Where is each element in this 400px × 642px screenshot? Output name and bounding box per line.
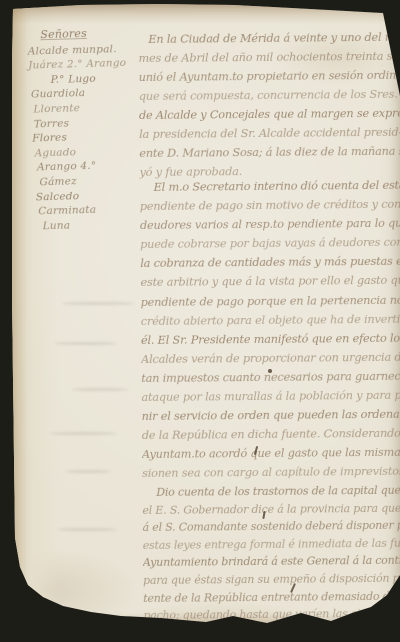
manuscript-line: el E. S. Gobernador dice á la provincia … xyxy=(142,499,400,519)
manuscript-line: Ayuntam.to acordó que el gasto que las m… xyxy=(142,443,400,464)
attendee-name: Luna xyxy=(32,216,144,234)
manuscript-line: que será compuesta, concurrencia de los … xyxy=(139,85,400,106)
manuscript-line: Dio cuenta de los trastornos de la capit… xyxy=(142,482,400,502)
bleedthrough-mark xyxy=(58,528,116,531)
manuscript-line: unió el Ayuntam.to propietario en sesión… xyxy=(139,66,400,87)
manuscript-page: Señores Alcalde munpal.Juárez 2.° Arango… xyxy=(0,0,400,642)
manuscript-line: la cobranza de cantidades más y más pues… xyxy=(140,252,400,273)
main-text: En la Ciudad de Mérida á veinte y uno de… xyxy=(138,0,400,642)
manuscript-line: este arbitrio y que á la vista por ello … xyxy=(140,271,400,292)
bleedthrough-mark xyxy=(50,432,116,435)
manuscript-line: de la República en dicha fuente. Conside… xyxy=(142,424,400,445)
manuscript-line: Ayuntamiento brindará á este General á l… xyxy=(143,552,400,572)
manuscript-line: Alcaldes verán de proporcionar con urgen… xyxy=(141,348,400,369)
manuscript-line: él. El Sr. Presidente manifestó que en e… xyxy=(141,328,400,349)
bleedthrough-mark xyxy=(72,388,128,391)
manuscript-line: tente de la República entretanto demasia… xyxy=(143,587,400,607)
manuscript-line: mes de Abril del año mil ochocientos tre… xyxy=(138,47,400,68)
manuscript-line: pendiente de pago sin motivo de créditos… xyxy=(140,195,400,216)
manuscript-line: de Alcalde y Concejales que al margen se… xyxy=(139,104,400,125)
paragraph: En la Ciudad de Mérida á veinte y uno de… xyxy=(138,28,400,182)
manuscript-line: puede cobrarse por bajas vayas á deudore… xyxy=(140,233,400,254)
paragraph: Dio cuenta de los trastornos de la capit… xyxy=(142,482,400,625)
manuscript-line: ataque por las murallas á la población y… xyxy=(141,386,400,407)
manuscript-line: la presidencia del Sr. Alcalde accidenta… xyxy=(139,123,400,144)
manuscript-line: nir el servicio de orden que pueden las … xyxy=(142,405,400,426)
bleedthrough-mark xyxy=(55,342,117,345)
manuscript-line: crédito abierto para el objeto que ha de… xyxy=(141,309,400,330)
manuscript-line: ente D. Mariano Sosa; á las diez de la m… xyxy=(139,142,400,163)
manuscript-line: En la Ciudad de Mérida á veinte y uno de… xyxy=(138,28,400,49)
manuscript-line: á el S. Comandante sostenido deberá disp… xyxy=(143,517,400,537)
paragraph: El m.o Secretario interino dió cuenta de… xyxy=(140,176,400,484)
manuscript-line: sionen sea con cargo al capítulo de impr… xyxy=(142,462,400,483)
manuscript-line: pendiente de pago porque en la pertenenc… xyxy=(141,290,400,311)
ink-blot xyxy=(268,369,272,373)
manuscript-line: pacho; quedando hasta que varíen las cir… xyxy=(143,605,400,625)
bleedthrough-mark xyxy=(66,470,110,473)
manuscript-line: estas leyes entrega formal é inmediata d… xyxy=(143,534,400,554)
manuscript-line: deudores varios al resp.to pendiente par… xyxy=(140,214,400,235)
attendees-margin-list: Señores Alcalde munpal.Juárez 2.° Arango… xyxy=(27,25,145,233)
manuscript-line: para que éstas sigan su empeño á disposi… xyxy=(143,570,400,590)
bleedthrough-mark xyxy=(62,302,134,305)
manuscript-line: El m.o Secretario interino dió cuenta de… xyxy=(140,176,400,197)
